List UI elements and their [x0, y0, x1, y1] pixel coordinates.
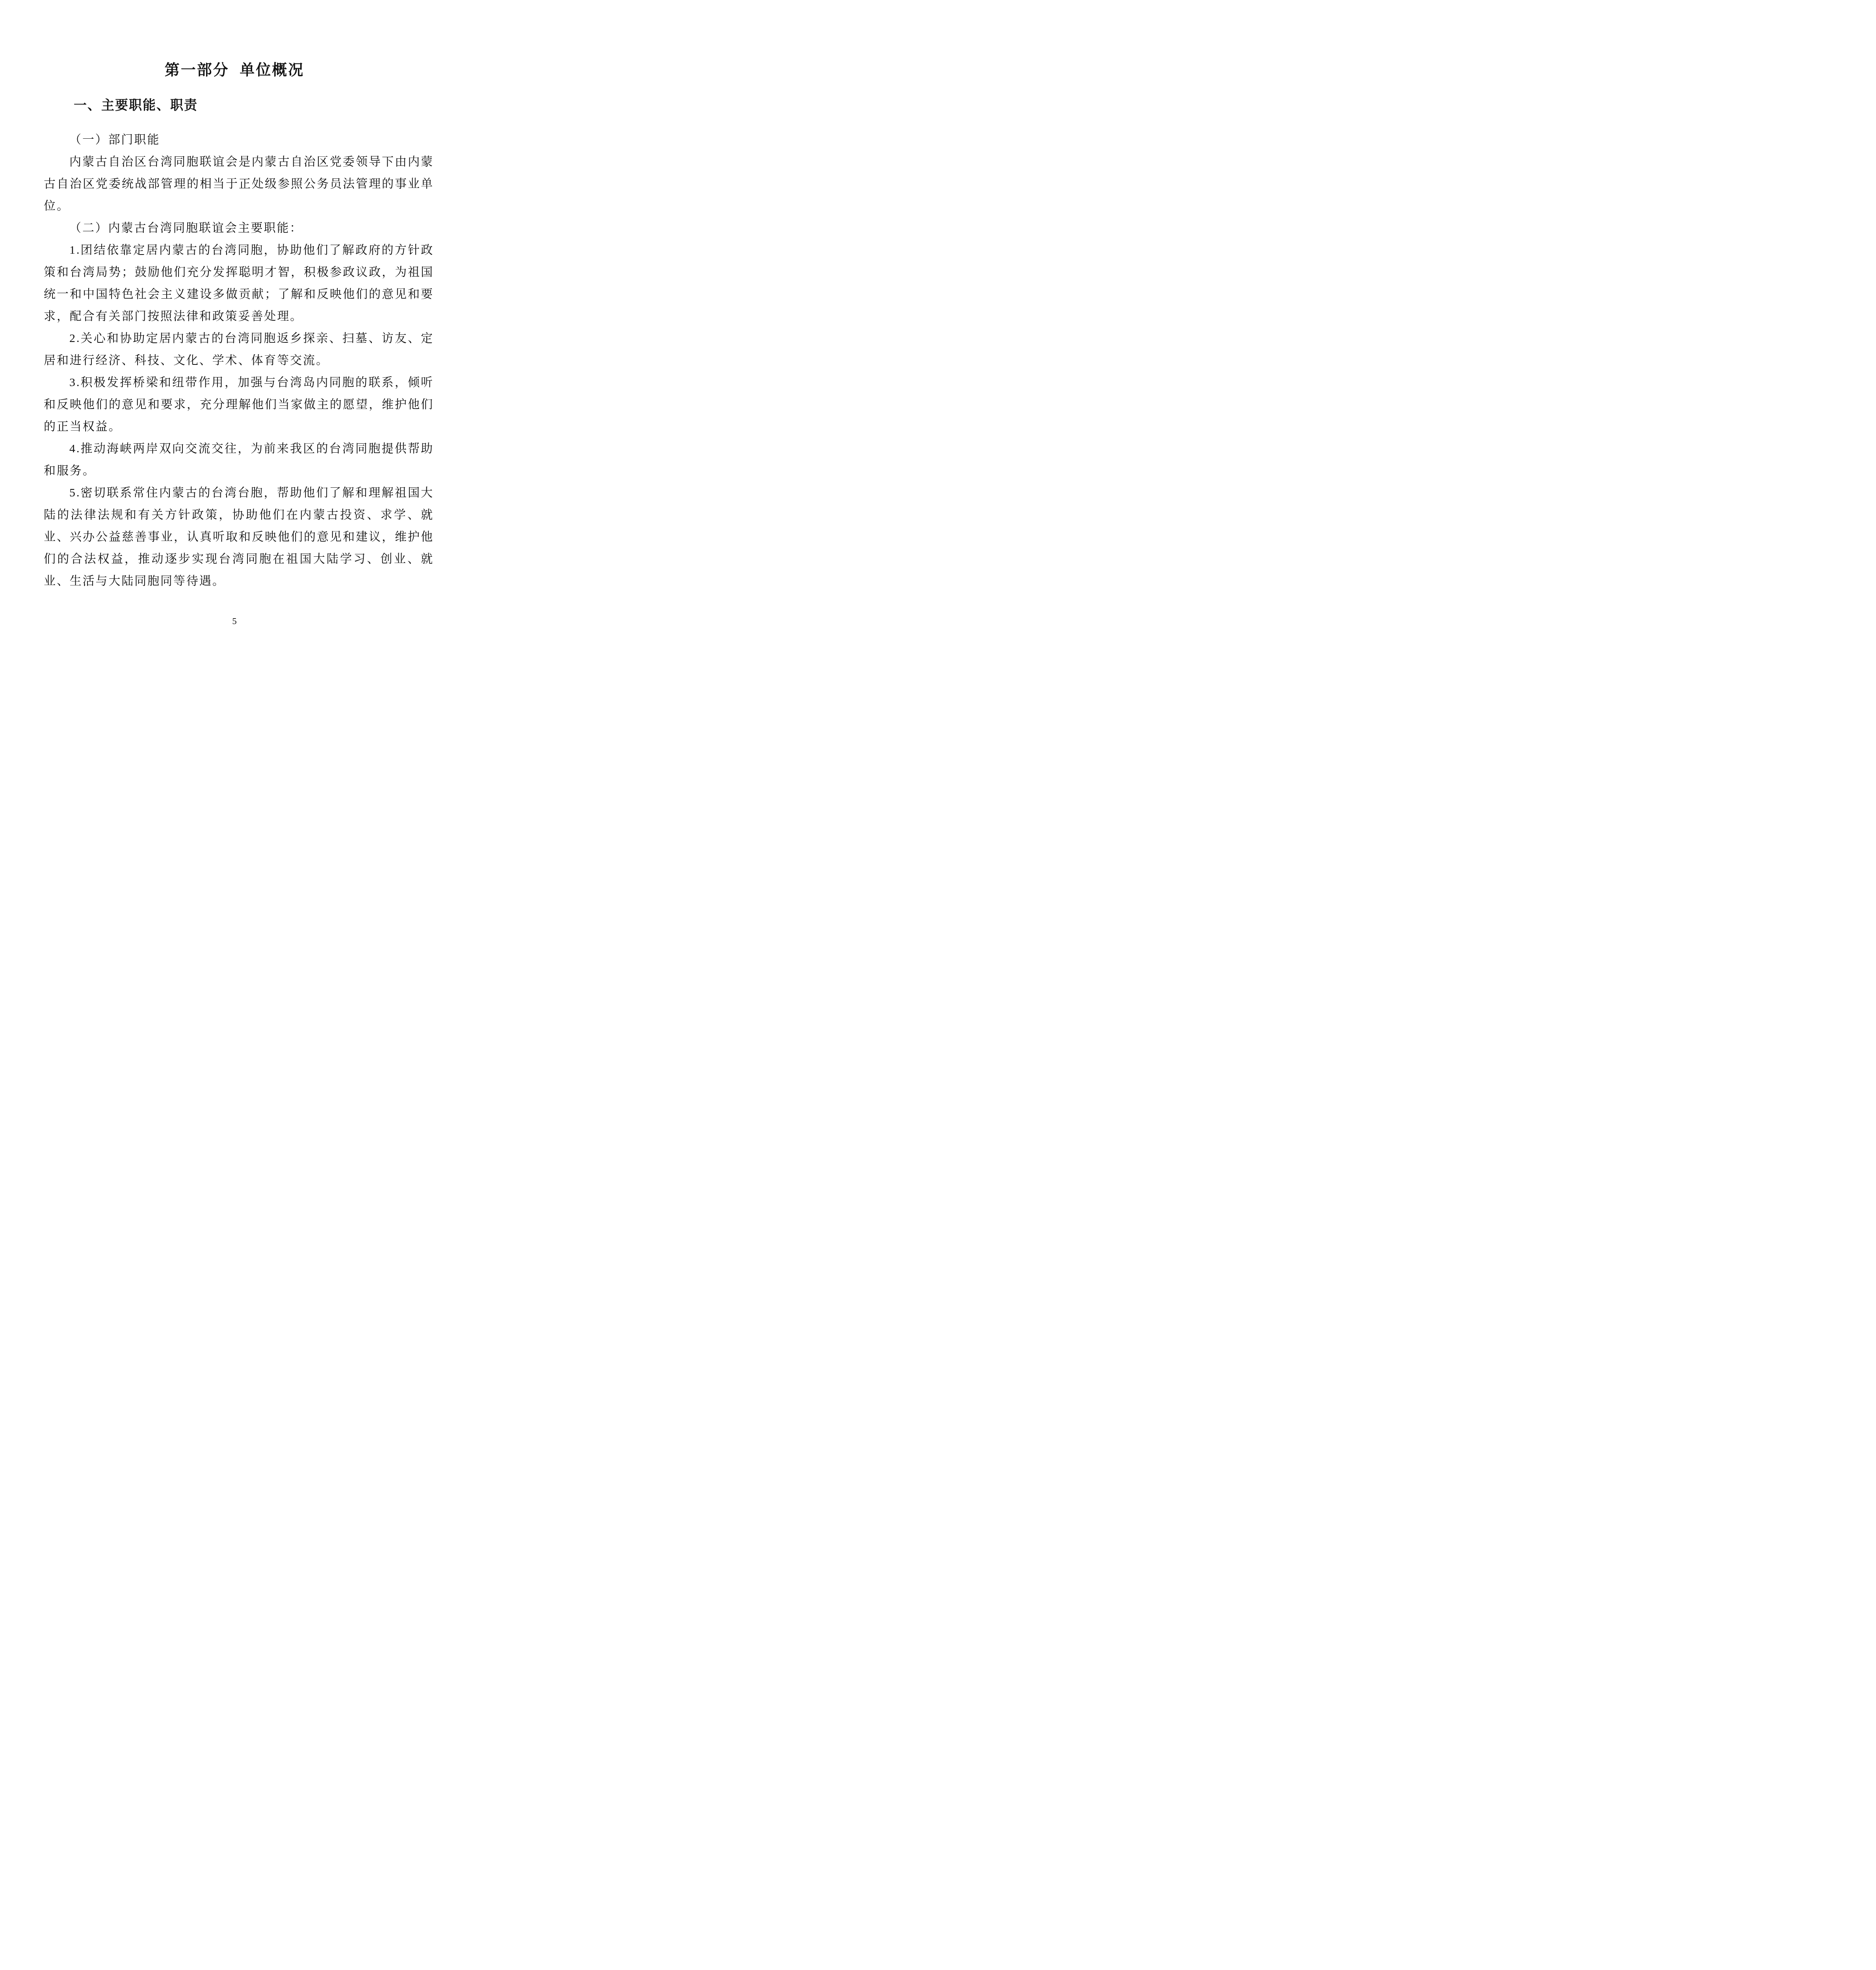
paragraph-department-function: 内蒙古自治区台湾同胞联谊会是内蒙古自治区党委领导下由内蒙古自治区党委统战部管理的… — [44, 151, 434, 217]
paragraph-item-3: 3.积极发挥桥梁和纽带作用，加强与台湾岛内同胞的联系，倾听和反映他们的意见和要求… — [44, 372, 434, 438]
paragraph-item-4: 4.推动海峡两岸双向交流交往，为前来我区的台湾同胞提供帮助和服务。 — [44, 438, 434, 482]
page-number: 5 — [0, 616, 469, 627]
document-body: （一）部门职能 内蒙古自治区台湾同胞联谊会是内蒙古自治区党委领导下由内蒙古自治区… — [44, 129, 434, 592]
paragraph-sub-heading-1: （一）部门职能 — [44, 129, 434, 151]
paragraph-item-1: 1.团结依靠定居内蒙古的台湾同胞，协助他们了解政府的方针政策和台湾局势；鼓励他们… — [44, 239, 434, 327]
paragraph-item-2: 2.关心和协助定居内蒙古的台湾同胞返乡探亲、扫墓、访友、定居和进行经济、科技、文… — [44, 327, 434, 372]
page-title: 第一部分 单位概况 — [0, 59, 469, 81]
paragraph-item-5: 5.密切联系常住内蒙古的台湾台胞，帮助他们了解和理解祖国大陆的法律法规和有关方针… — [44, 482, 434, 592]
document-page: 第一部分 单位概况 一、主要职能、职责 （一）部门职能 内蒙古自治区台湾同胞联谊… — [0, 0, 469, 663]
section-heading: 一、主要职能、职责 — [74, 97, 198, 114]
paragraph-sub-heading-2: （二）内蒙古台湾同胞联谊会主要职能： — [44, 217, 434, 239]
